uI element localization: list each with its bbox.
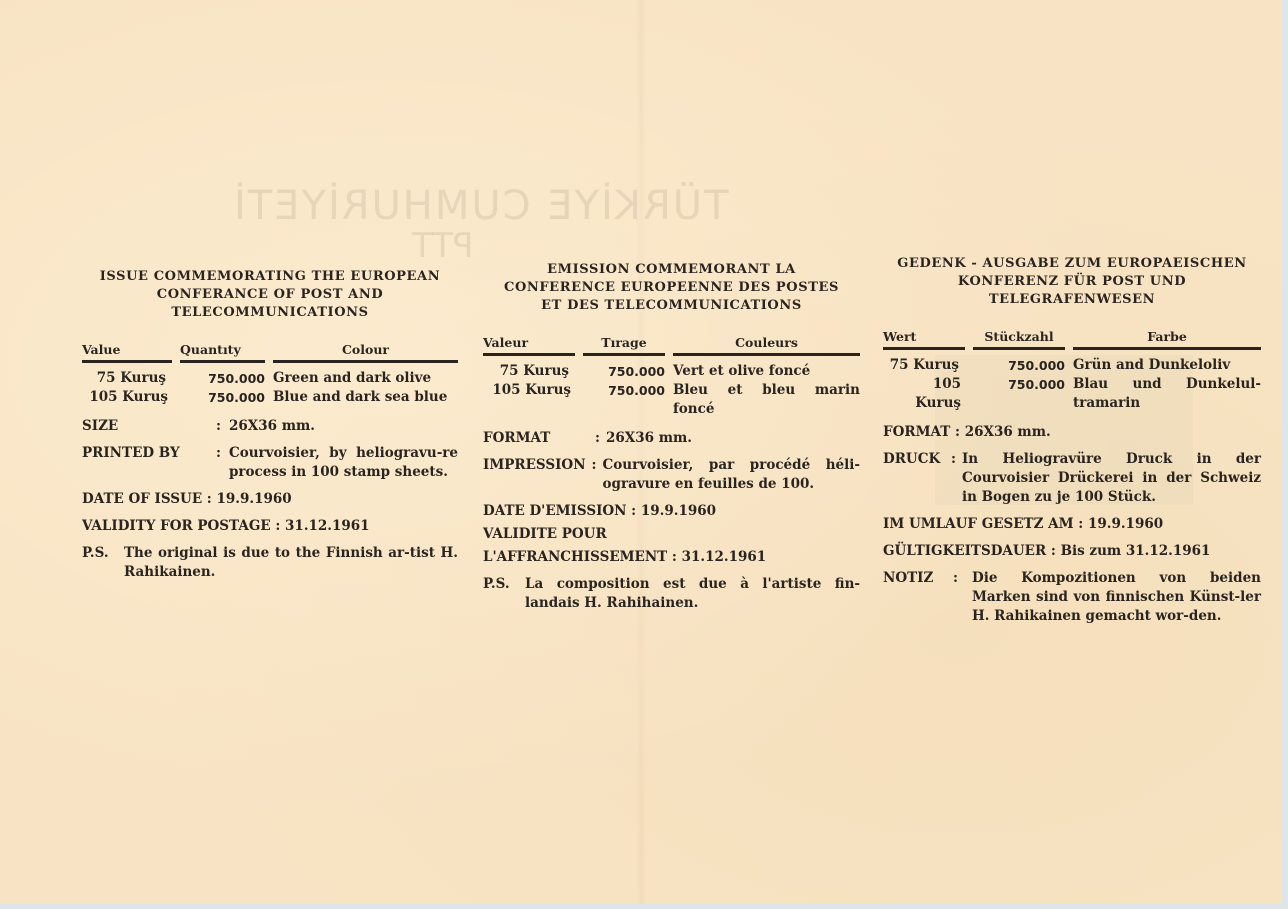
separator: : — [595, 429, 606, 448]
row-value: 105 Kuruş — [483, 381, 575, 419]
field-label: FORMAT — [483, 429, 595, 448]
row-colour: Blau und Dunkelul-tramarin — [1073, 375, 1261, 413]
field-value: 26X36 mm. — [606, 429, 860, 448]
title-line: CONFERANCE OF POST AND — [82, 286, 458, 304]
row-colour: Grün and Dunkeloliv — [1073, 356, 1261, 375]
postscript: P.S. La composition est due à l'artiste … — [483, 575, 860, 613]
field-label: SIZE — [82, 417, 208, 436]
title-line: ET DES TELECOMMUNICATIONS — [483, 297, 860, 315]
title-line: ISSUE COMMEMORATING THE EUROPEAN — [82, 268, 458, 286]
field-label: DATE D'EMISSION — [483, 503, 626, 519]
separator: : — [208, 444, 229, 482]
row-colour: Vert et olive foncé — [673, 362, 860, 381]
date-of-issue: DATE OF ISSUE : 19.9.1960 — [82, 490, 458, 509]
stamp-table-rows: 75 Kuruş 750.000 Vert et olive foncé 105… — [483, 362, 860, 419]
field-label: DATE OF ISSUE — [82, 491, 202, 507]
stamp-table-rows: 75 Kuruş 750.000 Grün and Dunkeloliv 105… — [883, 356, 1261, 413]
title-line: GEDENK - AUSGABE ZUM EUROPAEISCHEN — [883, 255, 1261, 273]
field-value: 26X36 mm. — [965, 424, 1051, 440]
separator: : — [208, 417, 229, 436]
row-value: 105 Kuruş — [82, 388, 172, 407]
row-colour: Blue and dark sea blue — [273, 388, 458, 407]
header-quantity: Tırage — [583, 335, 665, 356]
notiz-field: NOTIZ : Die Kompozitionen von beiden Mar… — [883, 569, 1261, 626]
impression-field: IMPRESSION : Courvoisier, par procédé hé… — [483, 456, 860, 494]
row-quantity: 750.000 — [180, 369, 265, 388]
field-label: IM UMLAUF GESETZ AM — [883, 516, 1074, 532]
field-value: 19.9.1960 — [1088, 516, 1163, 532]
stamp-table-header: Wert Stückzahl Farbe — [883, 329, 1261, 350]
field-value: 19.9.1960 — [217, 491, 292, 507]
field-label: IMPRESSION — [483, 456, 586, 494]
field-label: NOTIZ — [883, 569, 953, 626]
row-quantity: 750.000 — [973, 356, 1065, 375]
english-title: ISSUE COMMEMORATING THE EUROPEAN CONFERA… — [82, 268, 458, 322]
german-column: GEDENK - AUSGABE ZUM EUROPAEISCHEN KONFE… — [883, 255, 1261, 626]
validity-field: GÜLTIGKEITSDAUER : Bis zum 31.12.1961 — [883, 542, 1261, 561]
title-line: CONFERENCE EUROPEENNE DES POSTES — [483, 279, 860, 297]
stamp-table-header: Valeur Tırage Couleurs — [483, 335, 860, 356]
field-label: FORMAT — [883, 424, 950, 440]
english-column: ISSUE COMMEMORATING THE EUROPEAN CONFERA… — [82, 268, 458, 582]
format-field: FORMAT : 26X36 mm. — [483, 429, 860, 448]
title-line: TELECOMMUNICATIONS — [82, 304, 458, 322]
field-value: 31.12.1961 — [285, 518, 370, 534]
document-sheet: TÜRKİYE CUMHURİYETİ PTT ISSUE COMMEMORAT… — [0, 0, 1282, 904]
row-quantity: 750.000 — [973, 375, 1065, 413]
row-value: 75 Kuruş — [883, 356, 965, 375]
field-value: 26X36 mm. — [229, 417, 458, 436]
title-line: KONFERENZ FÜR POST UND — [883, 273, 1261, 291]
french-title: EMISSION COMMEMORANT LA CONFERENCE EUROP… — [483, 261, 860, 315]
separator: : — [586, 456, 603, 494]
field-label: DRUCK — [883, 450, 951, 507]
german-title: GEDENK - AUSGABE ZUM EUROPAEISCHEN KONFE… — [883, 255, 1261, 309]
field-label: VALIDITY FOR POSTAGE — [82, 518, 271, 534]
issue-date-field: IM UMLAUF GESETZ AM : 19.9.1960 — [883, 515, 1261, 534]
field-value: In Heliogravüre Druck in der Courvoisier… — [962, 450, 1261, 507]
row-value: 75 Kuruş — [483, 362, 575, 381]
field-value: Bis zum 31.12.1961 — [1061, 543, 1211, 559]
date-emission: DATE D'EMISSION : 19.9.1960 — [483, 502, 860, 521]
validity-label: VALIDITE POUR — [483, 525, 860, 544]
french-column: EMISSION COMMEMORANT LA CONFERENCE EUROP… — [483, 261, 860, 613]
druck-field: DRUCK : In Heliogravüre Druck in der Cou… — [883, 450, 1261, 507]
field-value: Courvoisier, par procédé héli-ogravure e… — [603, 456, 860, 494]
header-value: Valeur — [483, 335, 575, 356]
size-field: SIZE : 26X36 mm. — [82, 417, 458, 436]
show-through-text: TÜRKİYE CUMHURİYETİ — [232, 183, 729, 229]
field-value: 31.12.1961 — [682, 549, 767, 565]
ps-label: P.S. — [483, 575, 525, 613]
field-label: L'AFFRANCHISSEMENT — [483, 549, 667, 565]
title-line: TELEGRAFENWESEN — [883, 291, 1261, 309]
row-quantity: 750.000 — [583, 381, 665, 419]
field-label: GÜLTIGKEITSDAUER — [883, 543, 1046, 559]
row-quantity: 750.000 — [583, 362, 665, 381]
field-value: Courvoisier, by heliogravu-re process in… — [229, 444, 458, 482]
validity-field: VALIDITY FOR POSTAGE : 31.12.1961 — [82, 517, 458, 536]
format-field: FORMAT : 26X36 mm. — [883, 423, 1261, 442]
printed-by-field: PRINTED BY : Courvoisier, by heliogravu-… — [82, 444, 458, 482]
row-colour: Green and dark olive — [273, 369, 458, 388]
header-quantity: Quantıty — [180, 342, 265, 363]
title-line: EMISSION COMMEMORANT LA — [483, 261, 860, 279]
separator: : — [951, 450, 962, 507]
field-value: Die Kompozitionen von beiden Marken sind… — [972, 569, 1261, 626]
header-value: Wert — [883, 329, 965, 350]
field-label: PRINTED BY — [82, 444, 208, 482]
row-colour: Bleu et bleu marin foncé — [673, 381, 860, 419]
header-quantity: Stückzahl — [973, 329, 1065, 350]
ps-text: La composition est due à l'artiste fin-l… — [525, 575, 860, 613]
show-through-text: PTT — [412, 226, 473, 266]
ps-label: P.S. — [82, 544, 124, 582]
validity-field: L'AFFRANCHISSEMENT : 31.12.1961 — [483, 548, 860, 567]
row-value: 75 Kuruş — [82, 369, 172, 388]
header-colour: Couleurs — [673, 335, 860, 356]
header-colour: Colour — [273, 342, 458, 363]
separator: : — [953, 569, 972, 626]
postscript: P.S. The original is due to the Finnish … — [82, 544, 458, 582]
header-value: Value — [82, 342, 172, 363]
header-colour: Farbe — [1073, 329, 1261, 350]
ps-text: The original is due to the Finnish ar-ti… — [124, 544, 458, 582]
row-quantity: 750.000 — [180, 388, 265, 407]
field-value: 19.9.1960 — [641, 503, 716, 519]
stamp-table-header: Value Quantıty Colour — [82, 342, 458, 363]
row-value: 105 Kuruş — [883, 375, 965, 413]
stamp-table-rows: 75 Kuruş 750.000 Green and dark olive 10… — [82, 369, 458, 407]
